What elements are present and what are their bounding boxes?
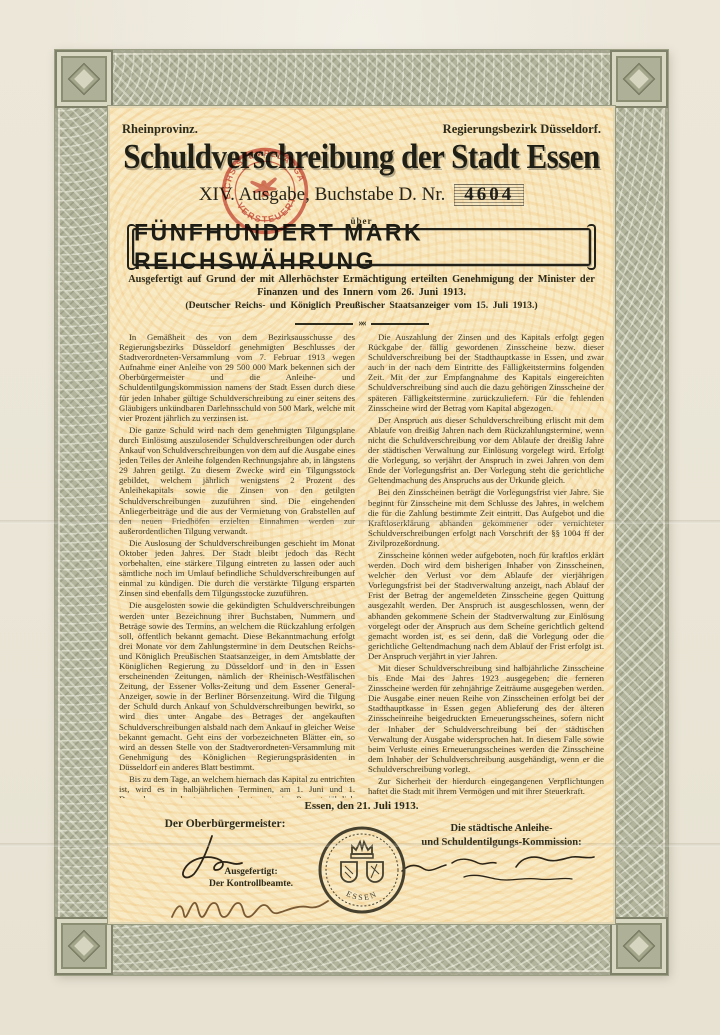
amount-box: FÜNFHUNDERT MARK REICHSWÄHRUNG (132, 228, 591, 266)
body-paragraph: In Gemäßheit des von dem Bezirksausschus… (119, 332, 355, 423)
province-label: Rheinprovinz. (122, 122, 198, 137)
body-paragraph: Zur Sicherheit der hierdurch eingegangen… (368, 776, 604, 796)
issue-line: XIV. Ausgabe, Buchstabe D. Nr. 4604 (108, 184, 615, 206)
serial-number: 4604 (454, 184, 524, 206)
district-label: Regierungsbezirk Düsseldorf. (443, 122, 601, 137)
header-row: Rheinprovinz. Regierungsbezirk Düsseldor… (122, 122, 601, 137)
section-divider: »« (108, 318, 615, 329)
authorization-text: Ausgefertigt auf Grund der mit Allerhöch… (120, 274, 603, 312)
body-paragraph: Die ganze Schuld wird nach dem genehmigt… (119, 425, 355, 536)
frame-corner-ornament (55, 50, 113, 108)
tax-stamp: REICHS-STEMPELABGABE VERSTEUERT (214, 140, 316, 242)
body-paragraph: Die ausgelosten sowie die gekündigten Sc… (119, 600, 355, 772)
body-paragraph: Mit dieser Schuldverschreibung sind halb… (368, 663, 604, 774)
frame-corner-ornament (55, 917, 113, 975)
body-paragraph: Bei den Zinsscheinen beträgt die Vorlegu… (368, 487, 604, 548)
mayor-label: Der Oberbürgermeister: (150, 818, 300, 830)
kontrollbeamte-signature (166, 891, 336, 925)
commission-label-line1: Die städtische Anleihe- (394, 822, 609, 836)
amount-text: FÜNFHUNDERT MARK REICHSWÄHRUNG (134, 219, 589, 276)
certificate-paper: Rheinprovinz. Regierungsbezirk Düsseldor… (107, 105, 616, 925)
commission-signatures (394, 849, 604, 895)
frame-corner-ornament (610, 917, 668, 975)
bond-certificate-sheet: Rheinprovinz. Regierungsbezirk Düsseldor… (55, 50, 668, 975)
commission-signature-block: Die städtische Anleihe- und Schuldentilg… (394, 822, 609, 895)
left-column: In Gemäßheit des von dem Bezirksausschus… (119, 332, 355, 798)
right-column: Die Auszahlung der Zinsen und des Kapita… (368, 332, 604, 798)
kontrollbeamte-label: Der Kontrollbeamte. (166, 878, 336, 890)
commission-label-line2: und Schuldentilgungs-Kommission: (394, 836, 609, 850)
frame-corner-ornament (610, 50, 668, 108)
svg-text:ESSEN: ESSEN (344, 889, 379, 902)
body-paragraph: Die Auslosung der Schuldverschreibungen … (119, 538, 355, 599)
dateline: Essen, den 21. Juli 1913. (108, 800, 615, 812)
body-paragraph: Zinsscheine können weder aufgeboten, noc… (368, 550, 604, 661)
body-paragraph: Bis zu dem Tage, an welchem hiernach das… (119, 774, 355, 798)
document-title: Schuldverschreibung der Stadt Essen (108, 137, 615, 177)
kontrollbeamte-block: Ausgefertigt: Der Kontrollbeamte. (166, 866, 336, 925)
authorization-line1: Ausgefertigt auf Grund der mit Allerhöch… (120, 274, 603, 300)
body-paragraph: Der Anspruch aus dieser Schuldverschreib… (368, 415, 604, 486)
scanned-photo-background: Rheinprovinz. Regierungsbezirk Düsseldor… (0, 0, 720, 1035)
body-paragraph: Die Auszahlung der Zinsen und des Kapita… (368, 332, 604, 413)
stamp-eagle-icon (250, 177, 279, 198)
ausgefertigt-label: Ausgefertigt: (166, 866, 336, 878)
authorization-line2: (Deutscher Reichs- und Königlich Preußis… (120, 300, 603, 312)
divider-ornament-icon: »« (359, 318, 365, 329)
seal-text: ESSEN (344, 889, 379, 902)
body-text-columns: In Gemäßheit des von dem Bezirksausschus… (119, 332, 604, 798)
